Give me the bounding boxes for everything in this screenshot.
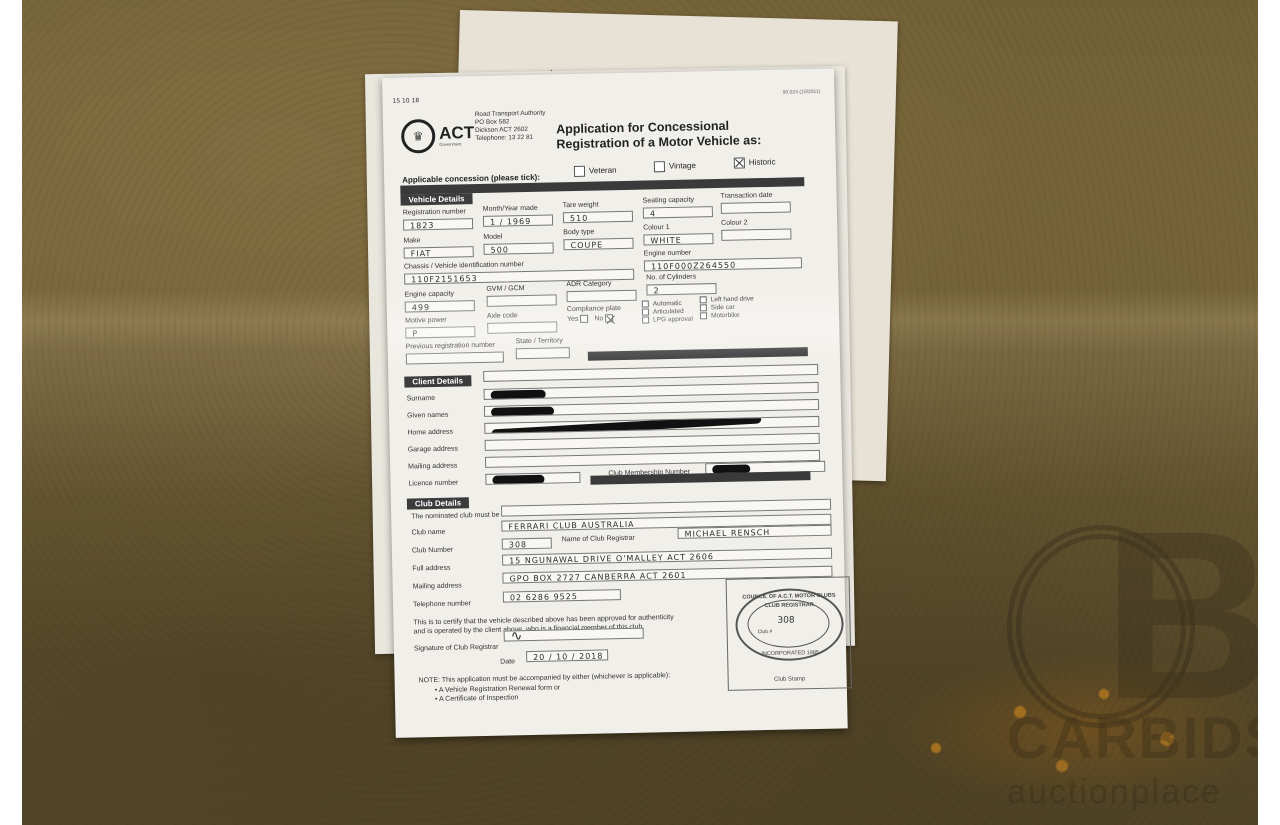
checkbox-lpg-approval[interactable]: LPG approval	[642, 316, 693, 325]
label-compliance-plate: Compliance plate	[567, 305, 621, 313]
label-home-address: Home address	[407, 429, 453, 437]
label-body-type: Body type	[563, 229, 594, 237]
club-stamp: COUNCIL OF A.C.T. MOTOR CLUBS CLUB REGIS…	[735, 587, 844, 661]
compliance-yes-checkbox[interactable]	[580, 315, 588, 323]
make-field[interactable]: FIAT	[404, 246, 474, 258]
label-chassis: Chassis / Vehicle identification number	[404, 261, 524, 271]
compliance-plate-options: Yes No	[567, 314, 617, 323]
state-territory-field[interactable]	[516, 347, 570, 359]
seating-capacity-field[interactable]: 4	[643, 206, 713, 218]
label-club-mailing-address: Mailing address	[413, 582, 462, 590]
divider-bar	[588, 347, 808, 361]
stamp-bottom-text: INCORPORATED 1985	[738, 649, 842, 657]
label-given-names: Given names	[407, 412, 448, 420]
checkbox-icon[interactable]	[700, 313, 707, 320]
club-stamp-caption: Club Stamp	[729, 675, 851, 684]
watermark-tagline: auctionplace	[1007, 775, 1222, 809]
compliance-no-label: No	[594, 315, 603, 322]
form-code: 90.024 (10/2011)	[783, 89, 821, 96]
label-colour-1: Colour 1	[643, 224, 670, 232]
label-mailing-address: Mailing address	[408, 463, 457, 471]
option-label: Historic	[749, 157, 776, 167]
option-label: Motorbike	[711, 312, 740, 320]
gvm-gcm-field[interactable]	[487, 294, 557, 306]
label-seating-capacity: Seating capacity	[643, 196, 695, 204]
note-item-1: • A Vehicle Registration Renewal form or	[435, 684, 561, 694]
note-item-text: A Certificate of Inspection	[439, 694, 519, 703]
checkbox-icon[interactable]	[574, 166, 585, 177]
label-full-address: Full address	[412, 565, 450, 573]
option-label: LPG approval	[653, 316, 693, 324]
label-cylinders: No. of Cylinders	[646, 273, 696, 281]
checkbox-icon[interactable]	[642, 317, 649, 324]
act-logo: ♛ ACT Government	[401, 118, 475, 154]
form-title: Application for Concessional Registratio…	[556, 118, 761, 152]
authority-telephone: Telephone: 13 22 81	[475, 134, 546, 143]
checkbox-icon[interactable]	[700, 304, 707, 311]
title-line-2: Registration of a Motor Vehicle as:	[556, 133, 761, 152]
checkbox-icon[interactable]	[700, 296, 707, 303]
note-item-2: • A Certificate of Inspection	[435, 694, 519, 703]
option-label: Left hand drive	[711, 295, 754, 303]
label-gvm-gcm: GVM / GCM	[486, 285, 524, 293]
model-field[interactable]: 500	[483, 242, 553, 254]
redaction-mark	[491, 416, 761, 434]
tare-weight-field[interactable]: 510	[563, 211, 633, 223]
label-engine-number: Engine number	[644, 250, 692, 258]
vehicle-options-col2: Left hand drive Side car Motorbike	[700, 295, 755, 321]
redaction-mark	[491, 390, 546, 400]
transaction-date-field[interactable]	[721, 201, 791, 213]
signature-scribble: ∿	[511, 628, 524, 641]
colour-2-field[interactable]	[721, 228, 791, 240]
label-registration-number: Registration number	[403, 208, 466, 216]
label-registrar-name: Name of Club Registrar	[562, 535, 635, 544]
colour-1-field[interactable]: WHITE	[643, 233, 713, 245]
licence-number-field[interactable]	[485, 472, 580, 485]
checkbox-icon[interactable]	[642, 300, 649, 307]
stamp-club-label: Club #	[758, 629, 773, 635]
option-label: Articulated	[653, 308, 684, 316]
label-tare-weight: Tare weight	[563, 201, 599, 209]
label-club-name: Club name	[411, 529, 445, 537]
label-garage-address: Garage address	[408, 445, 458, 453]
option-label: Side car	[711, 304, 735, 311]
client-header-box	[483, 364, 818, 382]
telephone-field[interactable]: 02 6286 9525	[503, 589, 621, 602]
label-date: Date	[500, 658, 515, 665]
label-month-year: Month/Year made	[483, 205, 538, 213]
stamp-club-number: 308	[777, 615, 794, 625]
date-field[interactable]: 20 / 10 / 2018	[526, 649, 608, 662]
logo-name: ACT	[439, 124, 474, 142]
label-club-number: Club Number	[412, 547, 453, 555]
label-previous-registration: Previous registration number	[406, 342, 496, 351]
checkbox-vintage[interactable]: Vintage	[654, 160, 696, 172]
motive-power-field[interactable]: P	[405, 326, 475, 338]
checked-checkbox-icon[interactable]	[734, 157, 745, 168]
label-axle-code: Axle code	[487, 312, 518, 320]
registrar-name-field[interactable]: MICHAEL RENSCH	[677, 525, 831, 539]
home-address-field[interactable]	[484, 416, 819, 434]
given-names-field[interactable]	[484, 399, 819, 417]
watermark-letter: B	[1102, 495, 1258, 735]
label-motive-power: Motive power	[405, 317, 447, 325]
adr-category-field[interactable]	[567, 290, 637, 302]
authority-address: Road Transport Authority PO Box 582 Dick…	[475, 110, 546, 143]
option-label: Veteran	[589, 166, 617, 176]
checkbox-historic[interactable]: Historic	[734, 157, 776, 169]
section-client-details: Client Details	[404, 375, 471, 387]
garage-address-field[interactable]	[485, 433, 820, 451]
section-vehicle-details: Vehicle Details	[400, 193, 472, 206]
axle-code-field[interactable]	[487, 321, 557, 333]
month-year-field[interactable]: 1 / 1969	[483, 214, 553, 226]
note-item-text: A Vehicle Registration Renewal form or	[439, 684, 561, 694]
surname-field[interactable]	[484, 382, 819, 400]
label-transaction-date: Transaction date	[720, 192, 772, 200]
label-licence-number: Licence number	[408, 479, 458, 487]
checkbox-veteran[interactable]: Veteran	[574, 165, 617, 177]
signature-field[interactable]: ∿	[504, 628, 644, 642]
label-colour-2: Colour 2	[721, 219, 748, 227]
compliance-yes-label: Yes	[567, 316, 579, 323]
club-stamp-box: COUNCIL OF A.C.T. MOTOR CLUBS CLUB REGIS…	[726, 576, 852, 691]
registration-number-field[interactable]: 1823	[403, 218, 473, 230]
label-make: Make	[403, 237, 420, 244]
label-adr-category: ADR Category	[566, 280, 611, 288]
label-engine-capacity: Engine capacity	[404, 291, 454, 299]
vehicle-options-col1: Automatic Articulated LPG approval	[642, 300, 693, 326]
label-state-territory: State / Territory	[515, 337, 562, 345]
label-surname: Surname	[407, 395, 436, 403]
watermark: B CARBIDS auctionplace	[1007, 505, 1258, 815]
club-number-field[interactable]: 308	[502, 538, 552, 550]
body-type-field[interactable]: COUPE	[563, 238, 633, 250]
checkbox-motorbike[interactable]: Motorbike	[700, 312, 754, 321]
compliance-no-checkbox[interactable]	[605, 314, 613, 322]
application-form: 15 10 18 90.024 (10/2011) ♛ ACT Governme…	[382, 69, 848, 738]
section-club-details: Club Details	[407, 497, 469, 509]
checkbox-icon[interactable]	[654, 161, 665, 172]
note-text: NOTE: This application must be accompani…	[419, 672, 671, 684]
engine-number-field[interactable]: 110F000Z264550	[644, 257, 802, 271]
watermark-brand: CARBIDS	[1007, 710, 1258, 768]
fingerprint-icon	[1007, 525, 1195, 728]
stamp-inner-text: CLUB REGISTRAR	[737, 602, 841, 610]
redaction-mark	[491, 406, 554, 416]
label-signature: Signature of Club Registrar	[414, 644, 499, 653]
coat-of-arms-icon: ♛	[401, 119, 436, 154]
label-model: Model	[483, 234, 502, 241]
previous-registration-field[interactable]	[406, 352, 504, 365]
checkbox-icon[interactable]	[642, 309, 649, 316]
handwritten-date: 15 10 18	[392, 97, 419, 105]
label-telephone: Telephone number	[413, 600, 471, 608]
engine-capacity-field[interactable]: 499	[405, 300, 475, 312]
redaction-mark	[492, 475, 544, 485]
full-address-field[interactable]: 15 NGUNAWAL DRIVE O'MALLEY ACT 2606	[502, 548, 832, 566]
authority-name: Road Transport Authority	[475, 110, 546, 119]
option-label: Vintage	[669, 161, 696, 171]
rust-stain	[852, 640, 1258, 820]
cylinders-field[interactable]: 2	[646, 283, 716, 295]
option-label: Automatic	[653, 300, 682, 308]
